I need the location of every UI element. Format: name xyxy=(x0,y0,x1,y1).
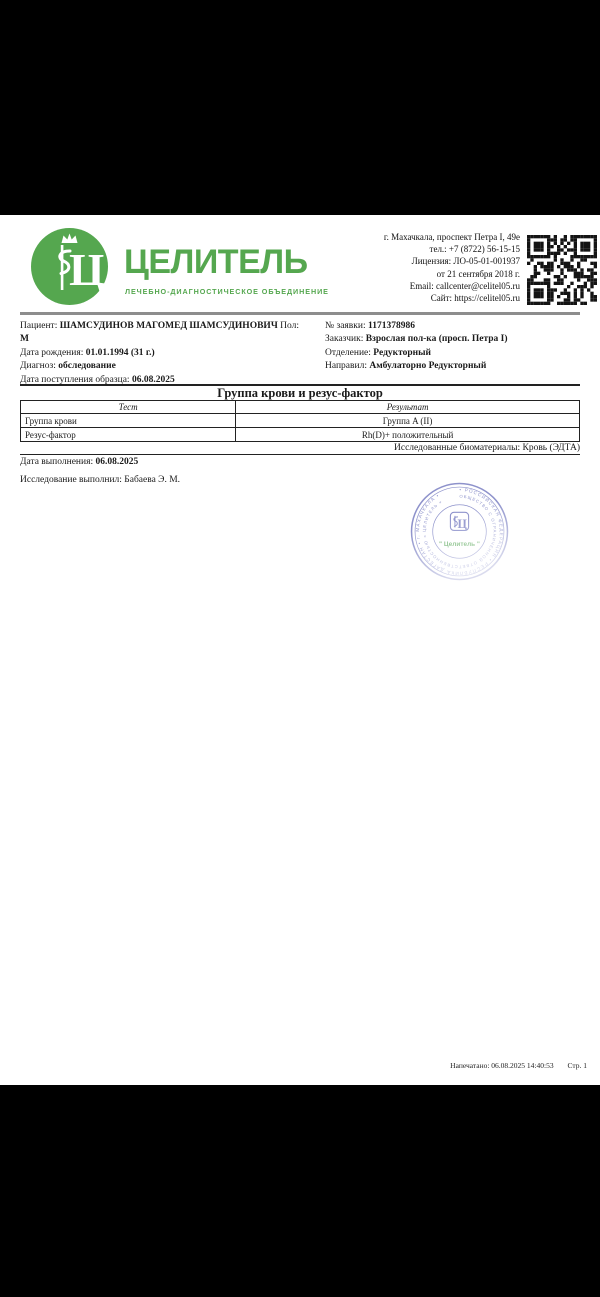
referrer-value: Амбулаторно Редукторный xyxy=(369,361,486,371)
contact-phone: тел.: +7 (8722) 56-15-15 xyxy=(270,243,520,255)
contact-license-date: от 21 сентября 2018 г. xyxy=(270,268,520,280)
patient-name: ШАМСУДИНОВ МАГОМЕД ШАМСУДИНОВИЧ xyxy=(60,321,278,331)
report-title: Группа крови и резус-фактор xyxy=(0,386,600,401)
performed-line: Дата выполнения: 06.08.2025 xyxy=(20,457,138,467)
customer-value: Взрослая пол-ка (просп. Петра I) xyxy=(366,334,508,344)
table-row: Резус-фактор Rh(D)+ положительный xyxy=(21,428,580,442)
printed-timestamp: Напечатано: 06.08.2025 14:40:53 xyxy=(450,1061,553,1070)
table-row: Группа крови Группа A (II) xyxy=(21,414,580,428)
lab-report-page: Ц ЦЕЛИТЕЛЬ ЛЕЧЕБНО-ДИАГНОСТИЧЕСКОЕ ОБЪЕД… xyxy=(0,215,600,1085)
patient-info-block: Пациент: ШАМСУДИНОВ МАГОМЕД ШАМСУДИНОВИЧ… xyxy=(20,320,323,387)
svg-text:• РОССИЙСКАЯ ФЕДЕРАЦИЯ • РЕСПУ: • РОССИЙСКАЯ ФЕДЕРАЦИЯ • РЕСПУБЛИКА ДАГЕ… xyxy=(415,487,504,576)
diagnosis-label: Диагноз: xyxy=(20,361,56,371)
contact-address: г. Махачкала, проспект Петра I, 49е xyxy=(270,231,520,243)
contact-email: Email: callcenter@celitel05.ru xyxy=(270,280,520,292)
clinic-stamp: • РОССИЙСКАЯ ФЕДЕРАЦИЯ • РЕСПУБЛИКА ДАГЕ… xyxy=(409,481,510,582)
request-number: 1171378986 xyxy=(368,321,415,331)
patient-label: Пациент: xyxy=(20,321,57,331)
col-test: Тест xyxy=(21,401,236,414)
request-label: № заявки: xyxy=(325,321,366,331)
phone-screen: Ц ЦЕЛИТЕЛЬ ЛЕЧЕБНО-ДИАГНОСТИЧЕСКОЕ ОБЪЕД… xyxy=(0,0,600,1297)
patient-line: Пациент: ШАМСУДИНОВ МАГОМЕД ШАМСУДИНОВИЧ… xyxy=(20,320,323,333)
performed-label: Дата выполнения: xyxy=(20,457,93,467)
executor-label: Исследование выполнил: xyxy=(20,475,122,485)
stamp-outer-text: • РОССИЙСКАЯ ФЕДЕРАЦИЯ • РЕСПУБЛИКА ДАГЕ… xyxy=(415,487,504,576)
order-info-block: № заявки: 1171378986 Заказчик: Взрослая … xyxy=(325,320,585,374)
page-number: Стр. 1 xyxy=(567,1061,587,1070)
performed-date: 06.08.2025 xyxy=(95,457,138,467)
header-divider xyxy=(20,312,580,315)
contact-site: Сайт: https://celitel05.ru xyxy=(270,292,520,304)
referrer-label: Направил: xyxy=(325,361,367,371)
biomaterials-note: Исследованные биоматериалы: Кровь (ЭДТА) xyxy=(20,443,580,455)
test-name: Резус-фактор xyxy=(21,428,236,442)
sex-label: Пол: xyxy=(280,321,299,331)
customer-label: Заказчик: xyxy=(325,334,363,344)
birth-value: 01.01.1994 (31 г.) xyxy=(86,348,155,358)
clinic-contact-block: г. Махачкала, проспект Петра I, 49е тел.… xyxy=(270,231,520,304)
birth-label: Дата рождения: xyxy=(20,348,83,358)
department-value: Редукторный xyxy=(373,348,431,358)
clinic-logo-icon: Ц xyxy=(31,228,108,305)
svg-text:Ц: Ц xyxy=(69,244,105,295)
results-table: Тест Результат Группа крови Группа A (II… xyxy=(20,400,580,442)
svg-text:Ц: Ц xyxy=(457,517,467,531)
executor-line: Исследование выполнил: Бабаева Э. М. xyxy=(20,475,180,485)
test-result: Rh(D)+ положительный xyxy=(236,428,580,442)
patient-sex: М xyxy=(20,334,29,344)
stamp-center-text: " Целитель " xyxy=(439,541,480,548)
executor-name: Бабаева Э. М. xyxy=(124,475,180,485)
contact-license: Лицензия: ЛО-05-01-001937 xyxy=(270,255,520,267)
test-name: Группа крови xyxy=(21,414,236,428)
table-header-row: Тест Результат xyxy=(21,401,580,414)
department-label: Отделение: xyxy=(325,348,371,358)
qr-code-icon xyxy=(527,235,597,305)
col-result: Результат xyxy=(236,401,580,414)
diagnosis-value: обследование xyxy=(58,361,116,371)
print-footer: Напечатано: 06.08.2025 14:40:53 Стр. 1 xyxy=(450,1061,587,1070)
test-result: Группа A (II) xyxy=(236,414,580,428)
